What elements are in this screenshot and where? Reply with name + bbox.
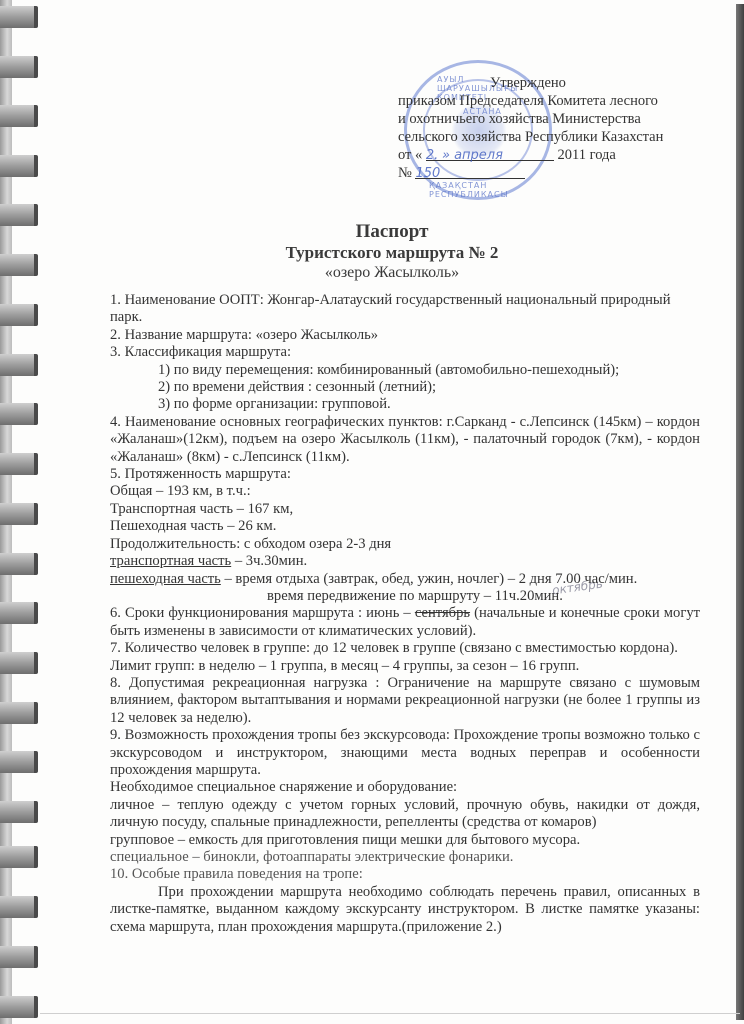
equipment-special: специальное – бинокли, фотоаппараты элек… xyxy=(110,849,700,866)
document-title: Паспорт xyxy=(40,221,744,243)
section-5-total: Общая – 193 км, в т.ч.: xyxy=(110,483,700,500)
date-prefix: от « xyxy=(398,147,422,163)
section-3-item-1: 1) по виду перемещения: комбинированный … xyxy=(110,362,700,379)
page-edge-shadow xyxy=(736,4,744,1020)
approval-line-3: и охотничьего хозяйства Министерства xyxy=(398,110,663,128)
binding-ring xyxy=(0,946,38,968)
section-5-walking: Пешеходная часть – 26 км. xyxy=(110,518,700,535)
equipment-group: групповое – емкость для приготовления пи… xyxy=(110,832,700,849)
transport-time-label: транспортная часть xyxy=(110,553,231,569)
document-subtitle: Туристского маршрута № 2 xyxy=(40,243,744,263)
section-5-transport: Транспортная часть – 167 км, xyxy=(110,501,700,518)
route-name: «озеро Жасылколь» xyxy=(40,263,744,283)
date-month-handwritten: » апреля xyxy=(442,148,503,163)
section-3-item-2: 2) по времени действия : сезонный (летни… xyxy=(110,379,700,396)
section-6: 6. Сроки функционирования маршрута : июн… xyxy=(110,605,700,640)
section-5-heading: 5. Протяженность маршрута: xyxy=(110,466,700,483)
approval-block: Утверждено приказом Председателя Комитет… xyxy=(398,74,663,182)
approval-line-4: сельского хозяйства Республики Казахстан xyxy=(398,128,663,146)
number-prefix: № xyxy=(398,165,412,181)
section-6-prefix: 6. Сроки функционирования маршрута : июн… xyxy=(110,605,415,621)
equipment-heading: Необходимое специальное снаряжение и обо… xyxy=(110,779,700,796)
number-handwritten-field: 150 xyxy=(415,164,525,179)
spiral-binding xyxy=(0,0,40,1024)
section-10-heading: 10. Особые правила поведения на тропе: xyxy=(110,866,700,883)
section-3-item-3: 3) по форме организации: групповой. xyxy=(110,396,700,413)
binding-ring xyxy=(0,503,38,525)
stamp-bottom-text: ҚАЗАҚСТАН РЕСПУБЛИКАСЫ xyxy=(429,181,549,199)
approval-line-2: приказом Председателя Комитета лесного xyxy=(398,92,663,110)
binding-ring xyxy=(0,801,38,823)
date-suffix: 2011 года xyxy=(558,147,616,163)
binding-ring xyxy=(0,846,38,868)
binding-ring xyxy=(0,553,38,575)
transport-time-value: – 3ч.30мин. xyxy=(231,553,307,569)
binding-ring xyxy=(0,403,38,425)
section-5-transport-time: транспортная часть – 3ч.30мин. xyxy=(110,553,700,570)
binding-ring xyxy=(0,304,38,326)
binding-ring xyxy=(0,56,38,78)
section-3-heading: 3. Классификация маршрута: xyxy=(110,344,700,361)
walk-time-rest: – время отдыха (завтрак, обед, ужин, ноч… xyxy=(221,571,637,587)
date-day-handwritten: 2. xyxy=(426,148,438,163)
binding-ring xyxy=(0,602,38,624)
binding-ring xyxy=(0,652,38,674)
binding-ring xyxy=(0,6,38,28)
approval-number: № 150 xyxy=(398,164,663,182)
section-9: 9. Возможность прохождения тропы без экс… xyxy=(110,727,700,779)
section-5-walk-time: пешеходная часть – время отдыха (завтрак… xyxy=(110,571,700,588)
binding-ring xyxy=(0,105,38,127)
document-body: 1. Наименование ООПТ: Жонгар-Алатауский … xyxy=(110,292,700,936)
approval-line-1: Утверждено xyxy=(398,74,663,92)
section-7-limit: Лимит групп: в неделю – 1 группа, в меся… xyxy=(110,658,700,675)
section-2: 2. Название маршрута: «озеро Жасылколь» xyxy=(110,327,700,344)
binding-ring xyxy=(0,896,38,918)
walk-time-label: пешеходная часть xyxy=(110,571,221,587)
approval-date: от « 2. » апреля 2011 года xyxy=(398,146,663,164)
number-handwritten: 150 xyxy=(415,166,440,181)
section-8: 8. Допустимая рекреационная нагрузка : О… xyxy=(110,675,700,727)
section-6-struck-month: сентябрь xyxy=(415,605,470,621)
binding-ring xyxy=(0,354,38,376)
binding-ring xyxy=(0,751,38,773)
section-4: 4. Наименование основных географических … xyxy=(110,414,700,466)
binding-ring xyxy=(0,996,38,1018)
date-handwritten-field: 2. » апреля xyxy=(426,146,554,161)
equipment-personal: личное – теплую одежду с учетом горных у… xyxy=(110,797,700,832)
binding-ring xyxy=(0,155,38,177)
section-5-walk-move: время передвижение по маршруту – 11ч.20м… xyxy=(110,588,700,605)
section-1: 1. Наименование ООПТ: Жонгар-Алатауский … xyxy=(110,292,700,327)
section-5-duration: Продолжительность: с обходом озера 2-3 д… xyxy=(110,536,700,553)
section-7: 7. Количество человек в группе: до 12 че… xyxy=(110,640,700,657)
binding-ring xyxy=(0,702,38,724)
document-page: АУЫЛ ШАРУАШЫЛЫҒЫ КОМИТЕТІ АСТАНА ҚАЗАҚСТ… xyxy=(0,0,744,1024)
document-title-block: Паспорт Туристского маршрута № 2 «озеро … xyxy=(0,221,744,283)
binding-ring xyxy=(0,453,38,475)
page-bottom-edge xyxy=(40,1013,740,1014)
section-10-text: При прохождении маршрута необходимо собл… xyxy=(110,884,700,936)
